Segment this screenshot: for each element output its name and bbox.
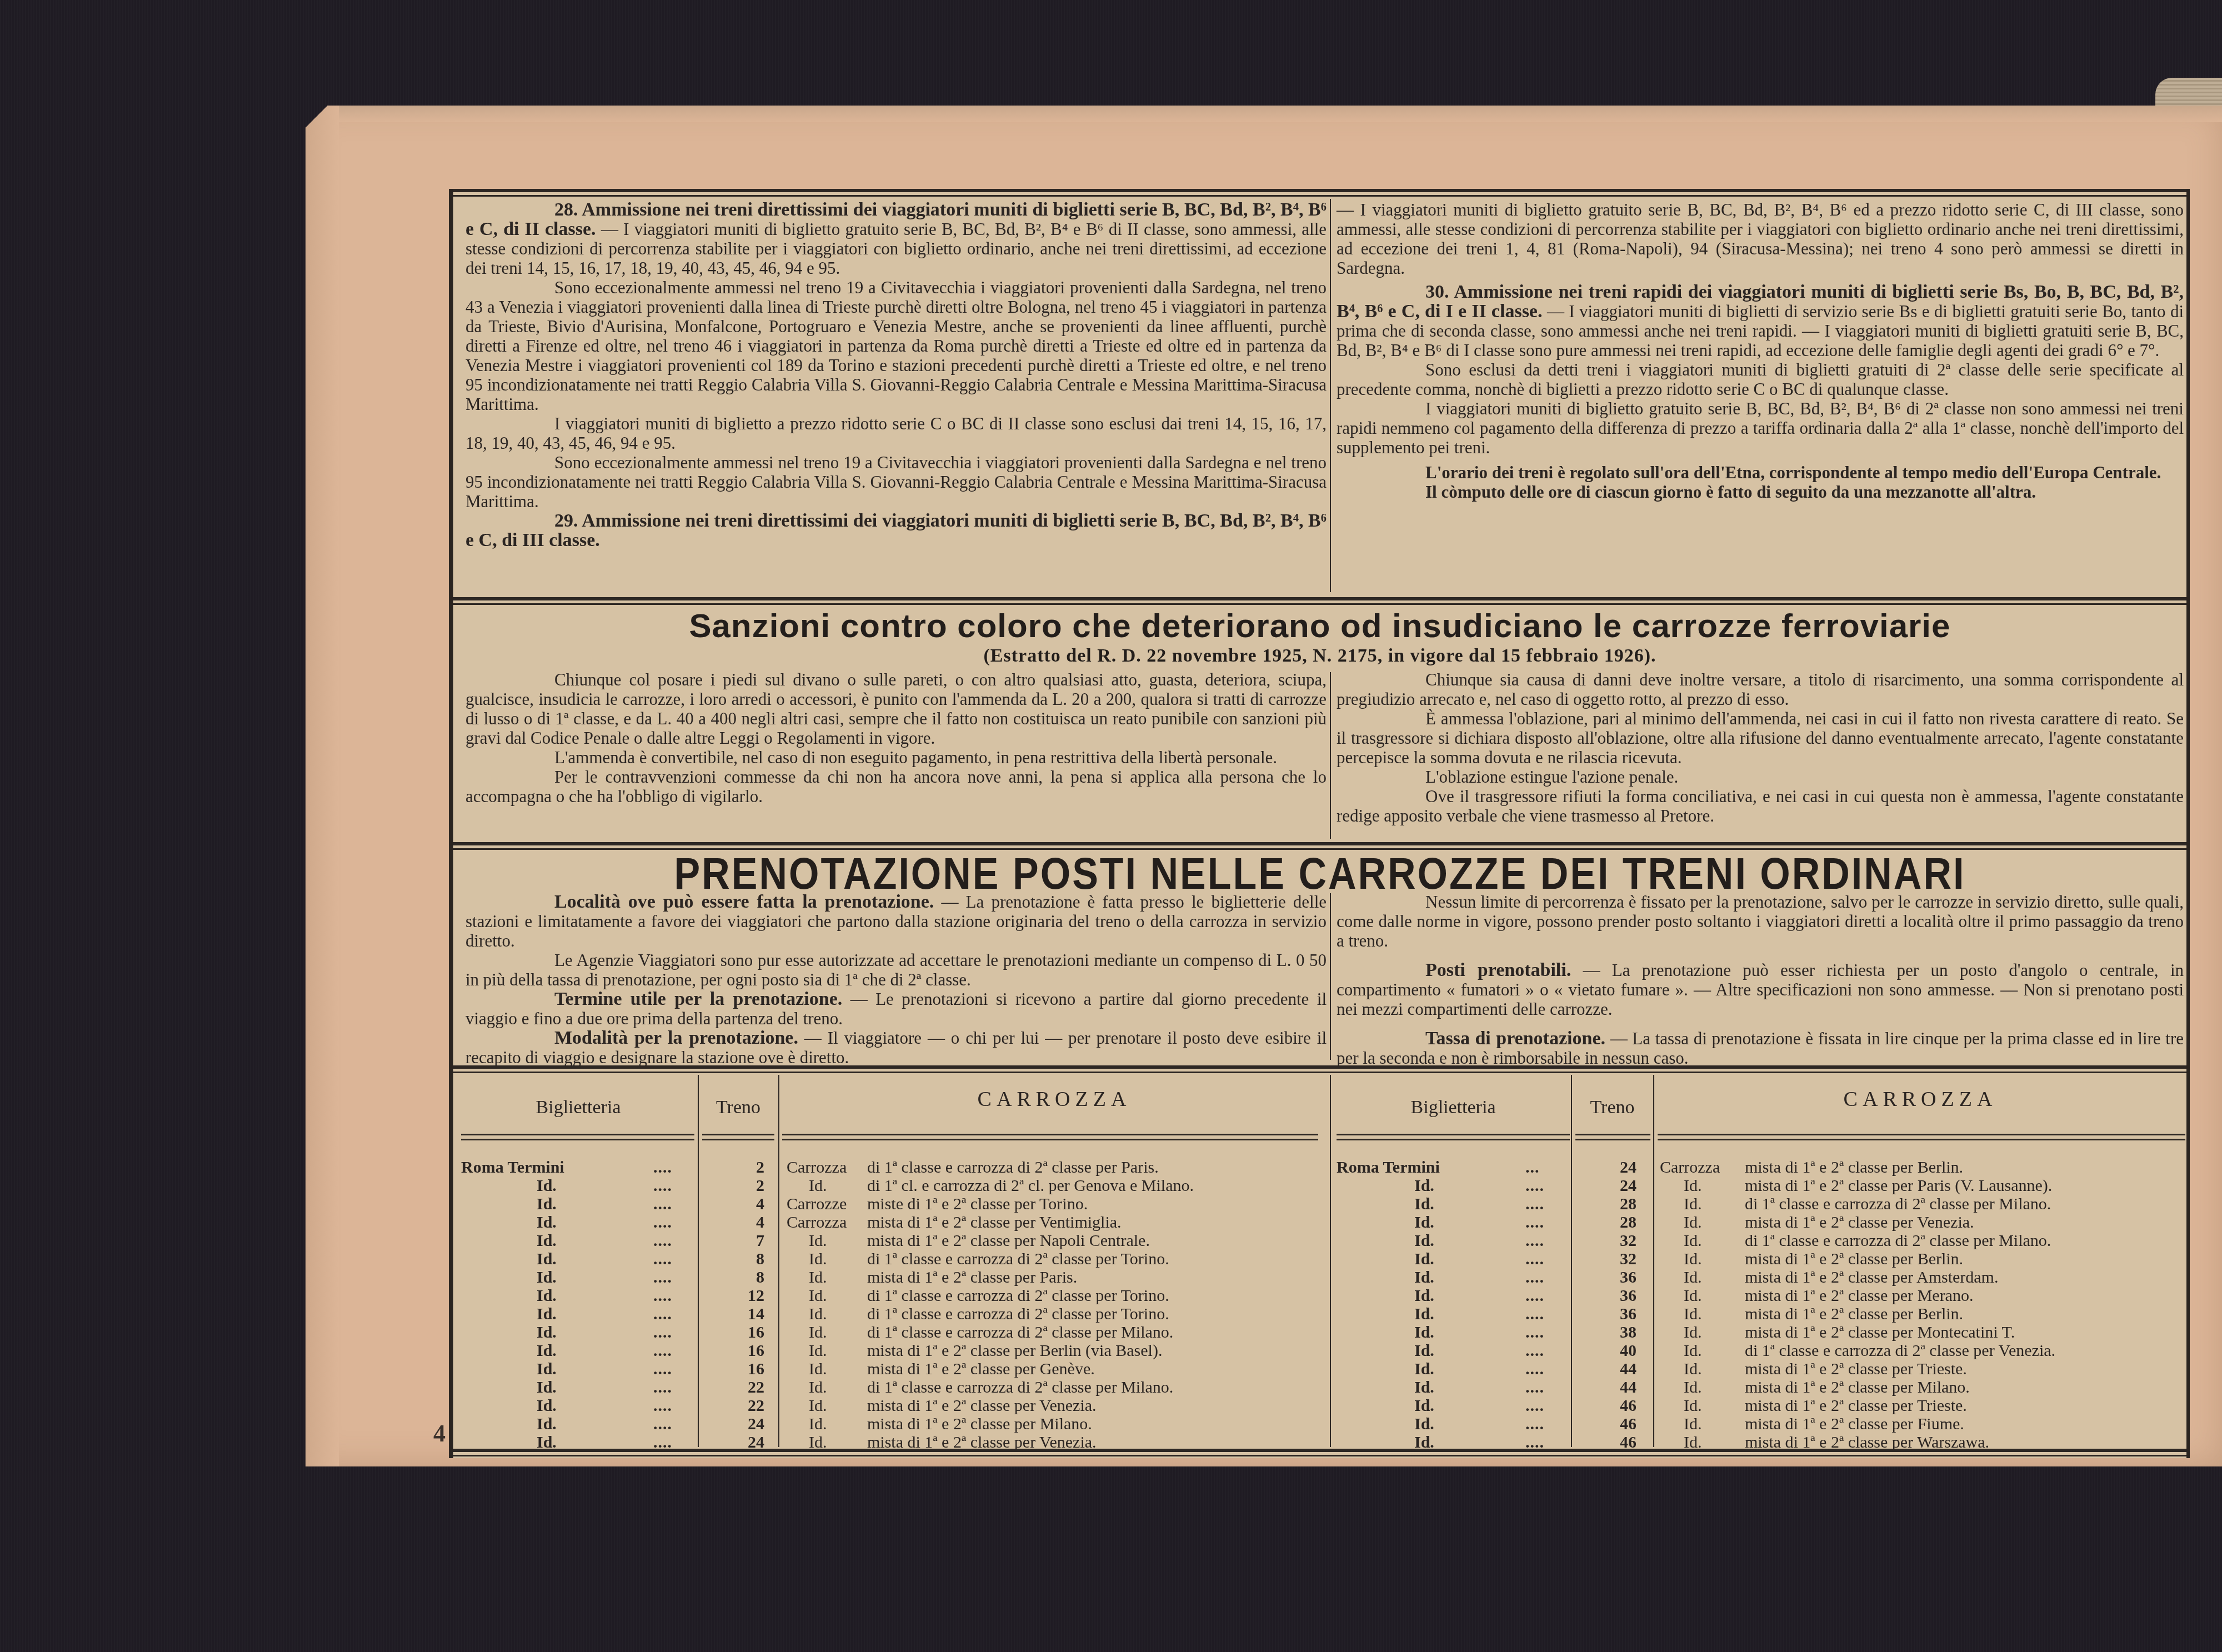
leader-dots: .... <box>1525 1286 1544 1305</box>
destination-cell: mista di 1ª e 2ª classe per Paris (V. La… <box>1745 1177 2052 1195</box>
station-cell: Id. <box>537 1213 557 1232</box>
train-number-cell: 46 <box>1598 1415 1637 1433</box>
carriage-cell: Carrozza <box>1660 1158 1720 1177</box>
train-number-cell: 24 <box>1598 1177 1637 1195</box>
table-row: Id.....8Id.mista di 1ª e 2ª classe per P… <box>453 1268 1330 1286</box>
header-rule <box>782 1134 1318 1140</box>
destination-cell: di 1ª classe e carrozza di 2ª classe per… <box>1745 1195 2051 1213</box>
station-cell: Roma Termini <box>1337 1158 1440 1177</box>
carriage-cell: Id. <box>1684 1213 1702 1232</box>
admission-right-column: — I viaggiatori muniti di biglietto grat… <box>1337 200 2184 502</box>
destination-cell: di 1ª classe e carrozza di 2ª classe per… <box>867 1323 1173 1341</box>
destination-cell: mista di 1ª e 2ª classe per Berlin. <box>1745 1158 1963 1177</box>
carriage-cell: Id. <box>809 1396 827 1415</box>
admission-left-column: 28. Ammissione nei treni direttissimi de… <box>466 200 1327 550</box>
day-count-note: Il còmputo delle ore di ciascun giorno è… <box>1337 482 2184 502</box>
table-row: Id.....24Id.mista di 1ª e 2ª classe per … <box>1331 1177 2186 1195</box>
leader-dots: .... <box>653 1250 672 1268</box>
table-row: Id.....4Carrozzamista di 1ª e 2ª classe … <box>453 1213 1330 1232</box>
header-rule <box>1658 1134 2185 1140</box>
carriage-cell: Id. <box>1684 1323 1702 1341</box>
train-number-cell: 44 <box>1598 1360 1637 1378</box>
leader-dots: .... <box>1525 1415 1544 1433</box>
bottom-rule <box>453 1449 2186 1456</box>
leader-dots: .... <box>1525 1341 1544 1360</box>
table-row: Id.....44Id.mista di 1ª e 2ª classe per … <box>1331 1360 2186 1378</box>
leader-dots: ... <box>1525 1158 1540 1177</box>
table-row: Id.....46Id.mista di 1ª e 2ª classe per … <box>1331 1396 2186 1415</box>
tassa-heading: Tassa di prenotazione. <box>1425 1028 1605 1049</box>
train-number-cell: 32 <box>1598 1232 1637 1250</box>
train-number-cell: 24 <box>1598 1158 1637 1177</box>
station-cell: Id. <box>537 1360 557 1378</box>
destination-cell: mista di 1ª e 2ª classe per Napoli Centr… <box>867 1232 1150 1250</box>
table-row: Roma Termini....2Carrozzadi 1ª classe e … <box>453 1158 1330 1177</box>
train-number-cell: 36 <box>1598 1268 1637 1286</box>
destination-cell: mista di 1ª e 2ª classe per Ventimiglia. <box>867 1213 1122 1232</box>
table-row: Id.....8Id.di 1ª classe e carrozza di 2ª… <box>453 1250 1330 1268</box>
train-number-cell: 2 <box>725 1158 764 1177</box>
station-cell: Id. <box>1414 1232 1434 1250</box>
leader-dots: .... <box>1525 1268 1544 1286</box>
leader-dots: .... <box>1525 1250 1544 1268</box>
carriage-cell: Id. <box>1684 1378 1702 1396</box>
destination-cell: di 1ª classe e carrozza di 2ª classe per… <box>1745 1232 2051 1250</box>
destination-cell: mista di 1ª e 2ª classe per Merano. <box>1745 1286 1973 1305</box>
article-28-para-3: I viaggiatori muniti di biglietto a prez… <box>466 414 1327 453</box>
station-cell: Id. <box>1414 1286 1434 1305</box>
train-number-cell: 14 <box>725 1305 764 1323</box>
leader-dots: .... <box>1525 1232 1544 1250</box>
sanzioni-title: Sanzioni contro coloro che deteriorano o… <box>453 607 2186 645</box>
carriage-cell: Id. <box>1684 1232 1702 1250</box>
station-cell: Id. <box>537 1415 557 1433</box>
carriage-cell: Id. <box>1684 1250 1702 1268</box>
leader-dots: .... <box>653 1323 672 1341</box>
table-row: Id.....38Id.mista di 1ª e 2ª classe per … <box>1331 1323 2186 1341</box>
header-treno: Treno <box>1572 1097 1653 1118</box>
table-row: Id.....16Id.mista di 1ª e 2ª classe per … <box>453 1360 1330 1378</box>
article-30-para-3: I viaggiatori muniti di biglietto gratui… <box>1337 399 2184 457</box>
prenotazione-left-column: Località ove può essere fatta la prenota… <box>466 892 1327 1067</box>
destination-cell: mista di 1ª e 2ª classe per Paris. <box>867 1268 1077 1286</box>
train-number-cell: 28 <box>1598 1195 1637 1213</box>
sanzioni-para: L'oblazione estingue l'azione penale. <box>1337 767 2184 787</box>
carriage-cell: Id. <box>809 1415 827 1433</box>
train-number-cell: 46 <box>1598 1396 1637 1415</box>
leader-dots: .... <box>1525 1378 1544 1396</box>
column-divider <box>1330 672 1331 839</box>
station-cell: Id. <box>537 1195 557 1213</box>
sanzioni-para: Per le contravvenzioni commesse da chi n… <box>466 767 1327 806</box>
leader-dots: .... <box>653 1158 672 1177</box>
station-cell: Id. <box>537 1250 557 1268</box>
station-cell: Id. <box>537 1396 557 1415</box>
train-number-cell: 40 <box>1598 1341 1637 1360</box>
table-row: Id.....32Id.mista di 1ª e 2ª classe per … <box>1331 1250 2186 1268</box>
station-cell: Id. <box>1414 1415 1434 1433</box>
sanzioni-subtitle: (Estratto del R. D. 22 novembre 1925, N.… <box>453 645 2186 667</box>
carriage-cell: Carrozze <box>787 1195 847 1213</box>
article-29-text: — I viaggiatori muniti di biglietto grat… <box>1337 200 2184 278</box>
agenzie-text: Le Agenzie Viaggiatori sono pur esse aut… <box>466 950 1327 989</box>
table-row: Id.....2Id.di 1ª cl. e carrozza di 2ª cl… <box>453 1177 1330 1195</box>
carriage-cell: Id. <box>1684 1286 1702 1305</box>
column-divider <box>1330 893 1331 1060</box>
leader-dots: .... <box>1525 1213 1544 1232</box>
leader-dots: .... <box>653 1360 672 1378</box>
destination-cell: di 1ª classe e carrozza di 2ª classe per… <box>867 1286 1169 1305</box>
carriage-cell: Id. <box>809 1360 827 1378</box>
destination-cell: di 1ª classe e carrozza di 2ª classe per… <box>1745 1341 2055 1360</box>
station-cell: Id. <box>1414 1360 1434 1378</box>
destination-cell: mista di 1ª e 2ª classe per Berlin. <box>1745 1250 1963 1268</box>
train-number-cell: 8 <box>725 1268 764 1286</box>
carriage-cell: Id. <box>809 1305 827 1323</box>
table-row: Id.....44Id.mista di 1ª e 2ª classe per … <box>1331 1378 2186 1396</box>
table-row: Id.....4Carrozzemiste di 1ª e 2ª classe … <box>453 1195 1330 1213</box>
destination-cell: mista di 1ª e 2ª classe per Milano. <box>867 1415 1092 1433</box>
table-row: Id.....40Id.di 1ª classe e carrozza di 2… <box>1331 1341 2186 1360</box>
header-rule <box>702 1134 774 1140</box>
train-number-cell: 7 <box>725 1232 764 1250</box>
carriage-cell: Id. <box>1684 1341 1702 1360</box>
header-biglietteria: Biglietteria <box>1342 1097 1564 1118</box>
destination-cell: di 1ª classe e carrozza di 2ª classe per… <box>867 1250 1169 1268</box>
limite-text: Nessun limite di percorrenza è fissato p… <box>1337 892 2184 950</box>
table-row: Id.....28Id.di 1ª classe e carrozza di 2… <box>1331 1195 2186 1213</box>
table-row: Id.....16Id.di 1ª classe e carrozza di 2… <box>453 1323 1330 1341</box>
leader-dots: .... <box>1525 1195 1544 1213</box>
carriage-cell: Id. <box>809 1177 827 1195</box>
station-cell: Id. <box>1414 1195 1434 1213</box>
leader-dots: .... <box>1525 1396 1544 1415</box>
destination-cell: mista di 1ª e 2ª classe per Amsterdam. <box>1745 1268 1998 1286</box>
header-treno: Treno <box>699 1097 778 1118</box>
article-29-title: 29. Ammissione nei treni direttissimi de… <box>466 510 1327 550</box>
sanzioni-para: Ove il trasgressore rifiuti la forma con… <box>1337 787 2184 825</box>
carriage-cell: Id. <box>1684 1360 1702 1378</box>
carriage-cell: Id. <box>1684 1195 1702 1213</box>
destination-cell: mista di 1ª e 2ª classe per Berlin. <box>1745 1305 1963 1323</box>
leader-dots: .... <box>1525 1305 1544 1323</box>
carriage-cell: Id. <box>1684 1396 1702 1415</box>
train-number-cell: 38 <box>1598 1323 1637 1341</box>
destination-cell: mista di 1ª e 2ª classe per Trieste. <box>1745 1360 1967 1378</box>
station-cell: Id. <box>537 1378 557 1396</box>
station-cell: Id. <box>537 1341 557 1360</box>
time-note: L'orario dei treni è regolato sull'ora d… <box>1337 463 2184 482</box>
top-rule <box>453 189 2186 197</box>
station-cell: Roma Termini <box>461 1158 564 1177</box>
destination-cell: di 1ª classe e carrozza di 2ª classe per… <box>867 1378 1173 1396</box>
train-number-cell: 4 <box>725 1213 764 1232</box>
station-cell: Id. <box>1414 1177 1434 1195</box>
sanzioni-para: L'ammenda è convertibile, nel caso di no… <box>466 748 1327 767</box>
carriage-cell: Id. <box>809 1286 827 1305</box>
carriage-cell: Id. <box>809 1378 827 1396</box>
table-row: Id.....28Id.mista di 1ª e 2ª classe per … <box>1331 1213 2186 1232</box>
leader-dots: .... <box>653 1232 672 1250</box>
prenotazione-right-column: Nessun limite di percorrenza è fissato p… <box>1337 892 2184 1068</box>
leader-dots: .... <box>653 1305 672 1323</box>
destination-cell: di 1ª cl. e carrozza di 2ª cl. per Genov… <box>867 1177 1194 1195</box>
train-number-cell: 16 <box>725 1360 764 1378</box>
header-carrozza: CARROZZA <box>1654 1087 2186 1112</box>
station-cell: Id. <box>537 1232 557 1250</box>
table-row: Id.....16Id.mista di 1ª e 2ª classe per … <box>453 1341 1330 1360</box>
localita-heading: Località ove può essere fatta la prenota… <box>554 892 934 912</box>
modalita-heading: Modalità per la prenotazione. <box>554 1028 798 1048</box>
carriage-cell: Id. <box>809 1323 827 1341</box>
table-row: Id.....36Id.mista di 1ª e 2ª classe per … <box>1331 1268 2186 1286</box>
sanzioni-left-column: Chiunque col posare i piedi sul divano o… <box>466 670 1327 806</box>
destination-cell: mista di 1ª e 2ª classe per Venezia. <box>867 1396 1097 1415</box>
carriage-cell: Id. <box>1684 1177 1702 1195</box>
destination-cell: miste di 1ª e 2ª classe per Torino. <box>867 1195 1088 1213</box>
train-number-cell: 32 <box>1598 1250 1637 1268</box>
leader-dots: .... <box>653 1415 672 1433</box>
article-28-para-4: Sono eccezionalmente ammessi nel treno 1… <box>466 453 1327 511</box>
section-rule-1 <box>453 597 2186 605</box>
sanzioni-para: Chiunque sia causa di danni deve inoltre… <box>1337 670 2184 709</box>
leader-dots: .... <box>653 1268 672 1286</box>
leader-dots: .... <box>653 1378 672 1396</box>
station-cell: Id. <box>1414 1378 1434 1396</box>
train-number-cell: 36 <box>1598 1305 1637 1323</box>
carriage-table-right: Biglietteria Treno CARROZZA Roma Termini… <box>1331 1075 2186 1447</box>
leader-dots: .... <box>1525 1177 1544 1195</box>
train-number-cell: 36 <box>1598 1286 1637 1305</box>
destination-cell: di 1ª classe e carrozza di 2ª classe per… <box>867 1305 1169 1323</box>
station-cell: Id. <box>537 1305 557 1323</box>
sanzioni-right-column: Chiunque sia causa di danni deve inoltre… <box>1337 670 2184 825</box>
header-biglietteria: Biglietteria <box>464 1097 692 1118</box>
station-cell: Id. <box>537 1268 557 1286</box>
destination-cell: mista di 1ª e 2ª classe per Trieste. <box>1745 1396 1967 1415</box>
table-row: Id.....22Id.mista di 1ª e 2ª classe per … <box>453 1396 1330 1415</box>
header-rule <box>1337 1134 1570 1140</box>
print-frame: 28. Ammissione nei treni direttissimi de… <box>449 189 2190 1458</box>
carriage-cell: Id. <box>1684 1415 1702 1433</box>
leader-dots: .... <box>653 1396 672 1415</box>
carriage-cell: Id. <box>1684 1268 1702 1286</box>
destination-cell: mista di 1ª e 2ª classe per Fiume. <box>1745 1415 1964 1433</box>
destination-cell: di 1ª classe e carrozza di 2ª classe per… <box>867 1158 1159 1177</box>
posti-heading: Posti prenotabili. <box>1425 960 1571 980</box>
leader-dots: .... <box>653 1286 672 1305</box>
train-number-cell: 8 <box>725 1250 764 1268</box>
station-cell: Id. <box>1414 1341 1434 1360</box>
page-number: 4 <box>433 1419 446 1448</box>
leader-dots: .... <box>653 1177 672 1195</box>
station-cell: Id. <box>1414 1323 1434 1341</box>
sanzioni-para: Chiunque col posare i piedi sul divano o… <box>466 670 1327 748</box>
train-number-cell: 2 <box>725 1177 764 1195</box>
leader-dots: .... <box>1525 1360 1544 1378</box>
table-row: Id.....12Id.di 1ª classe e carrozza di 2… <box>453 1286 1330 1305</box>
table-row: Id.....46Id.mista di 1ª e 2ª classe per … <box>1331 1415 2186 1433</box>
header-carrozza: CARROZZA <box>779 1087 1329 1112</box>
destination-cell: mista di 1ª e 2ª classe per Venezia. <box>1745 1213 1974 1232</box>
train-number-cell: 28 <box>1598 1213 1637 1232</box>
train-number-cell: 12 <box>725 1286 764 1305</box>
table-row: Roma Termini...24Carrozzamista di 1ª e 2… <box>1331 1158 2186 1177</box>
train-number-cell: 24 <box>725 1415 764 1433</box>
station-cell: Id. <box>537 1323 557 1341</box>
carriage-cell: Carrozza <box>787 1213 847 1232</box>
carriage-cell: Id. <box>809 1341 827 1360</box>
carriage-cell: Carrozza <box>787 1158 847 1177</box>
train-number-cell: 22 <box>725 1378 764 1396</box>
sanzioni-para: È ammessa l'oblazione, pari al minimo de… <box>1337 709 2184 767</box>
table-row: Id.....14Id.di 1ª classe e carrozza di 2… <box>453 1305 1330 1323</box>
section-rule-3 <box>453 1065 2186 1073</box>
table-row: Id.....7Id.mista di 1ª e 2ª classe per N… <box>453 1232 1330 1250</box>
carriage-cell: Id. <box>1684 1305 1702 1323</box>
carriage-cell: Id. <box>809 1250 827 1268</box>
leader-dots: .... <box>653 1213 672 1232</box>
destination-cell: mista di 1ª e 2ª classe per Montecatini … <box>1745 1323 2015 1341</box>
station-cell: Id. <box>1414 1268 1434 1286</box>
train-number-cell: 4 <box>725 1195 764 1213</box>
table-rows: Roma Termini...24Carrozzamista di 1ª e 2… <box>1331 1158 2186 1451</box>
table-row: Id.....22Id.di 1ª classe e carrozza di 2… <box>453 1378 1330 1396</box>
train-number-cell: 44 <box>1598 1378 1637 1396</box>
leader-dots: .... <box>1525 1323 1544 1341</box>
column-divider <box>1330 199 1331 592</box>
destination-cell: mista di 1ª e 2ª classe per Milano. <box>1745 1378 1970 1396</box>
table-row: Id.....36Id.mista di 1ª e 2ª classe per … <box>1331 1305 2186 1323</box>
station-cell: Id. <box>537 1286 557 1305</box>
carriage-cell: Id. <box>809 1232 827 1250</box>
leader-dots: .... <box>653 1195 672 1213</box>
train-number-cell: 16 <box>725 1323 764 1341</box>
table-row: Id.....32Id.di 1ª classe e carrozza di 2… <box>1331 1232 2186 1250</box>
table-row: Id.....36Id.mista di 1ª e 2ª classe per … <box>1331 1286 2186 1305</box>
header-rule <box>461 1134 694 1140</box>
carriage-table-left: Biglietteria Treno CARROZZA Roma Termini… <box>453 1075 1330 1447</box>
station-cell: Id. <box>1414 1250 1434 1268</box>
station-cell: Id. <box>537 1177 557 1195</box>
article-30-para-2: Sono esclusi da detti treni i viaggiator… <box>1337 360 2184 399</box>
destination-cell: mista di 1ª e 2ª classe per Berlin (via … <box>867 1341 1162 1360</box>
table-rows: Roma Termini....2Carrozzadi 1ª classe e … <box>453 1158 1330 1451</box>
destination-cell: mista di 1ª e 2ª classe per Genève. <box>867 1360 1095 1378</box>
carriage-cell: Id. <box>809 1268 827 1286</box>
leader-dots: .... <box>653 1341 672 1360</box>
station-cell: Id. <box>1414 1396 1434 1415</box>
train-number-cell: 16 <box>725 1341 764 1360</box>
station-cell: Id. <box>1414 1213 1434 1232</box>
station-cell: Id. <box>1414 1305 1434 1323</box>
article-28-para-2: Sono eccezionalmente ammessi nel treno 1… <box>466 278 1327 414</box>
termine-heading: Termine utile per la prenotazione. <box>554 989 842 1009</box>
header-rule <box>1575 1134 1650 1140</box>
table-row: Id.....24Id.mista di 1ª e 2ª classe per … <box>453 1415 1330 1433</box>
train-number-cell: 22 <box>725 1396 764 1415</box>
